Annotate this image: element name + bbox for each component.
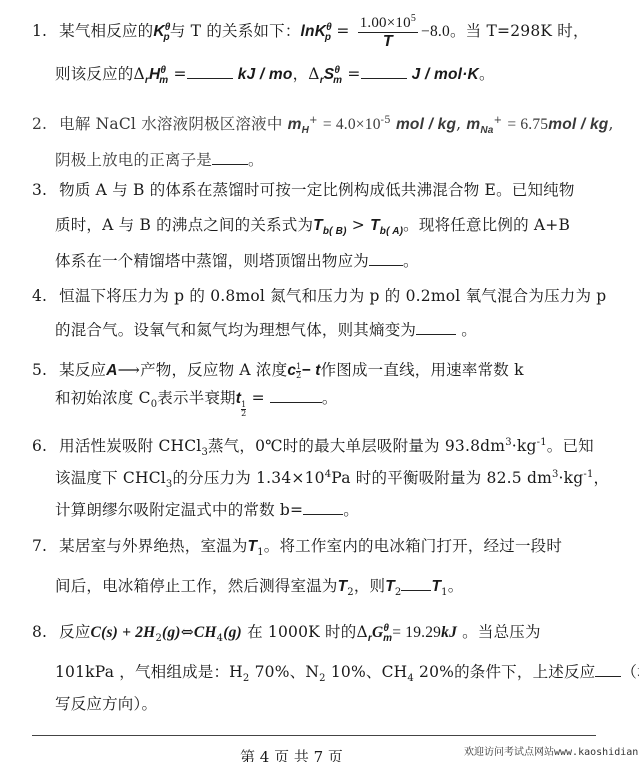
half-denominator: 2: [241, 410, 246, 418]
unit: kJ / mo: [238, 66, 293, 83]
question-1-line-2: 则该反应的ΔrHθm = kJ / mo，ΔrSθm = J / mol·K。: [55, 64, 495, 85]
text: 反应: [59, 623, 90, 641]
text: 间后，电冰箱停止工作，然后测得室温为: [55, 577, 338, 595]
question-8-line-2: 101kPa ，气相组成是：H2 70%、N2 10%、CH4 20%的条件下，…: [55, 662, 639, 682]
answer-blank[interactable]: [187, 64, 233, 79]
text: 70%、N: [249, 663, 319, 681]
text: 则该反应的: [55, 65, 134, 83]
question-number: 2.: [32, 114, 54, 134]
text: 电解 NaCl 水溶液阴极区溶液中: [59, 115, 282, 133]
answer-blank[interactable]: [416, 320, 456, 335]
superscript: -1: [583, 469, 593, 480]
text: 计算朗缪尔吸附定温式中的常数 b=: [55, 501, 303, 519]
value: = 6.75: [507, 116, 548, 133]
question-1-line-1: 1. 某气相反应的Kθp与 T 的关系如下：lnKθp = 1.00×105 T…: [32, 12, 589, 51]
unit: kJ: [441, 624, 457, 641]
text: 。当 T=298K 时，: [450, 22, 589, 40]
text: 。现将任意比例的 A+B: [403, 216, 570, 234]
superscript: -1: [537, 437, 547, 448]
question-number: 7.: [32, 536, 54, 556]
half-subscript: 12: [241, 401, 246, 418]
question-7-line-1: 7. 某居室与外界绝热，室温为T1。将工作室内的电冰箱门打开，经过一段时: [32, 536, 562, 557]
text: 作图成一直线，用速率常数 k: [321, 361, 524, 379]
answer-blank[interactable]: [401, 576, 431, 591]
text: 表示半衰期: [157, 389, 236, 407]
delta-symbol: Δ: [308, 65, 319, 83]
subscript: m: [159, 75, 168, 86]
equals: =: [252, 389, 265, 407]
question-number: 4.: [32, 286, 54, 306]
value: = 4.0×10: [323, 116, 381, 133]
subscript: Na: [480, 125, 493, 136]
phase: (g): [223, 624, 242, 641]
text: 某反应: [59, 361, 106, 379]
question-8-line-1: 8. 反应C(s) + 2H2(g)⇔CH4(g) 在 1000K 时的ΔrGθ…: [32, 622, 541, 643]
delta-symbol: Δ: [356, 623, 367, 641]
question-number: 6.: [32, 436, 54, 456]
phase: (g): [162, 624, 181, 641]
watermark: 欢迎访问考试点网站www.kaoshidian.com: [464, 743, 639, 758]
symbol-T: T: [431, 578, 441, 595]
symbol-T: T: [338, 578, 348, 595]
question-4-line-1: 4. 恒温下将压力为 p 的 0.8mol 氮气和压力为 p 的 0.2mol …: [32, 286, 606, 306]
unit: mol / kg: [396, 116, 456, 133]
question-number: 3.: [32, 180, 54, 200]
text: ·kg: [559, 469, 584, 487]
question-3-line-1: 3. 物质 A 与 B 的体系在蒸馏时可按一定比例构成低共沸混合物 E。已知纯物: [32, 180, 575, 200]
text: ,: [608, 115, 613, 133]
question-5-line-1: 5. 某反应A⟶产物，反应物 A 浓度c12− t作图成一直线，用速率常数 k: [32, 360, 524, 381]
symbol-T: T: [385, 578, 395, 595]
answer-blank[interactable]: [595, 662, 621, 677]
value: = 19.29: [392, 624, 441, 641]
text: 阴极上放电的正离子是: [55, 151, 212, 169]
answer-blank[interactable]: [369, 251, 403, 266]
answer-blank[interactable]: [361, 64, 407, 79]
text: 产物，反应物 A 浓度: [140, 361, 287, 379]
superscript: +: [309, 115, 318, 126]
separator: ,: [456, 115, 461, 133]
answer-blank[interactable]: [270, 388, 322, 403]
text: 的分压力为 1.34×10: [172, 469, 324, 487]
page-number: 第 4 页 共 7 页: [240, 746, 343, 762]
text: 。: [479, 65, 495, 83]
fraction: 1.00×105 T: [358, 14, 418, 51]
equilibrium-arrow-icon: ⇔: [181, 623, 194, 641]
question-4-line-2: 的混合气。设氧气和氮气均为理想气体，则其熵变为 。: [55, 320, 477, 340]
subscript: m: [383, 633, 392, 644]
text: 的混合气。设氧气和氮气均为理想气体，则其熵变为: [55, 321, 416, 339]
question-3-line-2: 质时，A 与 B 的沸点之间的关系式为Tb( B) > Tb( A)。现将任意比…: [55, 215, 570, 236]
unit: mol / kg: [548, 116, 608, 133]
subscript: p: [325, 32, 331, 43]
question-2-line-1: 2. 电解 NaCl 水溶液阴极区溶液中 mH+ = 4.0×10-5 mol …: [32, 114, 614, 135]
constant: −8.0: [421, 23, 450, 40]
text: 在 1000K 时的: [247, 623, 356, 641]
reaction-lhs: C(s) + 2H: [91, 624, 156, 641]
text: 某气相反应的: [59, 22, 153, 40]
text: 。已知: [547, 437, 594, 455]
text: 与 T 的关系如下：: [170, 22, 301, 40]
subscript: H: [302, 125, 309, 136]
separator: ，: [293, 65, 309, 83]
text: 。: [248, 151, 264, 169]
numerator-text: 1.00×10: [360, 15, 411, 31]
text: 蒸气，0℃时的最大单层吸附量为 93.8dm: [208, 437, 505, 455]
text: 。当总压为: [457, 623, 541, 641]
question-6-line-2: 该温度下 CHCl3的分压力为 1.34×104Pa 时的平衡吸附量为 82.5…: [55, 468, 609, 488]
symbol-t: − t: [301, 362, 320, 379]
question-6-line-3: 计算朗缪尔吸附定温式中的常数 b=。: [55, 500, 359, 520]
text: 20%的条件下，上述反应: [414, 663, 595, 681]
greater-than: >: [352, 216, 365, 234]
text: 101kPa ，气相组成是：H: [55, 663, 243, 681]
text: 和初始浓度 C: [55, 389, 151, 407]
question-5-line-2: 和初始浓度 C0表示半衰期t12 = 。: [55, 388, 338, 418]
subscript: b( A): [380, 226, 403, 237]
symbol-T: T: [313, 217, 323, 234]
text: ，则: [354, 577, 385, 595]
symbol-c: c: [287, 362, 296, 379]
text: 。: [403, 252, 419, 270]
text: 。将工作室内的电冰箱门打开，经过一段时: [264, 537, 562, 555]
text: 物质 A 与 B 的体系在蒸馏时可按一定比例构成低共沸混合物 E。已知纯物: [59, 181, 574, 199]
question-8-line-3: 写反应方向）。: [55, 694, 157, 714]
text: ·kg: [512, 437, 537, 455]
symbol-A: A: [106, 362, 117, 379]
text: 写反应方向）。: [55, 695, 157, 713]
equals: =: [336, 22, 349, 40]
exponent: 5: [411, 13, 416, 24]
text: 某居室与外界绝热，室温为: [59, 537, 247, 555]
superscript: +: [494, 115, 503, 126]
symbol-G: G: [372, 624, 383, 641]
question-2-line-2: 阴极上放电的正离子是。: [55, 150, 264, 170]
question-3-line-3: 体系在一个精馏塔中蒸馏，则塔顶馏出物应为。: [55, 251, 419, 271]
equals: =: [173, 65, 186, 83]
answer-blank[interactable]: [303, 500, 343, 515]
fraction-numerator: 1.00×105: [358, 14, 418, 33]
question-number: 1.: [32, 12, 54, 50]
exponent: -5: [381, 115, 391, 126]
question-number: 5.: [32, 360, 54, 380]
equals: =: [347, 65, 360, 83]
question-6-line-1: 6. 用活性炭吸附 CHCl3蒸气，0℃时的最大单层吸附量为 93.8dm3·k…: [32, 436, 594, 456]
text: 。: [322, 389, 338, 407]
text: 。: [448, 577, 464, 595]
text: 10%、CH: [326, 663, 408, 681]
answer-blank[interactable]: [212, 150, 248, 165]
symbol-m: m: [288, 116, 302, 133]
text: （填: [621, 663, 639, 681]
text: 用活性炭吸附 CHCl: [59, 437, 201, 455]
delta-symbol: Δ: [134, 65, 145, 83]
arrow-icon: ⟶: [118, 361, 140, 379]
unit: J / mol·K: [412, 66, 479, 83]
text: ，: [594, 469, 610, 487]
text: 体系在一个精馏塔中蒸馏，则塔顶馏出物应为: [55, 252, 369, 270]
fraction-denominator: T: [358, 33, 418, 51]
text: 该温度下 CHCl: [55, 469, 166, 487]
subscript: m: [333, 75, 342, 86]
text: 恒温下将压力为 p 的 0.8mol 氮气和压力为 p 的 0.2mol 氧气混…: [59, 287, 606, 305]
symbol-T: T: [248, 538, 258, 555]
text: 。: [456, 321, 477, 339]
question-7-line-2: 间后，电冰箱停止工作，然后测得室温为T2，则T2T1。: [55, 576, 463, 597]
subscript: b( B): [323, 226, 347, 237]
text: 。: [343, 501, 359, 519]
footer-divider: [32, 735, 596, 736]
text: 质时，A 与 B 的沸点之间的关系式为: [55, 216, 313, 234]
question-number: 8.: [32, 622, 54, 642]
text: Pa 时的平衡吸附量为 82.5 dm: [331, 469, 552, 487]
reaction-rhs: CH: [194, 624, 217, 641]
symbol-ln: ln: [301, 23, 315, 40]
symbol-T: T: [370, 217, 380, 234]
exam-page: 1. 某气相反应的Kθp与 T 的关系如下：lnKθp = 1.00×105 T…: [0, 0, 639, 762]
symbol-m: m: [466, 116, 480, 133]
